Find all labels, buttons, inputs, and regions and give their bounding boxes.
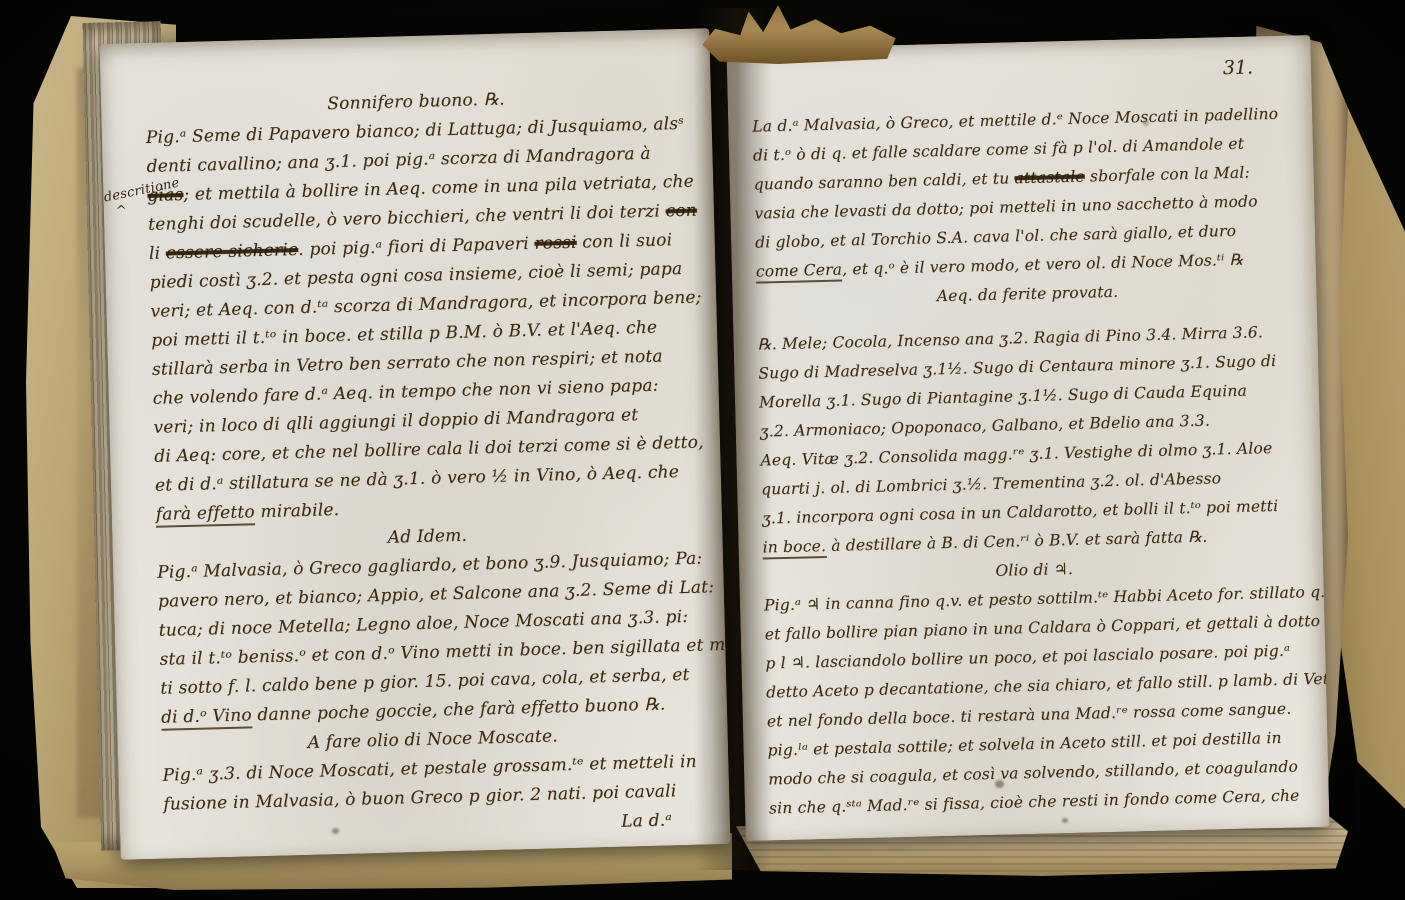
handwritten-text: Olio di ♃. xyxy=(995,560,1073,580)
underlined-text: farà effetto xyxy=(156,502,256,528)
handwritten-text: . poi pig.ᵃ fiori di Papaveri xyxy=(298,234,535,260)
handwritten-text: danne poche goccie, che farà effetto buo… xyxy=(252,695,666,726)
foxing-stain xyxy=(1143,120,1149,126)
handwritten-text: Ad Idem. xyxy=(387,526,467,548)
torn-spine-headband xyxy=(694,0,904,64)
handwritten-text: à destillare à B. di Cen.ʳⁱ ò B.V. et sa… xyxy=(826,528,1208,555)
manuscript-photo: Sonnifero buono. ℞.Pig.ᵃ Seme di Papaver… xyxy=(0,0,1405,900)
handwritten-text: Sonnifero buono. ℞. xyxy=(327,90,505,115)
left-page: Sonnifero buono. ℞.Pig.ᵃ Seme di Papaver… xyxy=(99,28,730,860)
foxing-stain xyxy=(1062,818,1068,823)
struck-out-text: rossi xyxy=(534,233,577,254)
struck-out-text: con xyxy=(665,201,697,222)
handwritten-text: Aeq. da ferite provata. xyxy=(937,283,1119,305)
insertion-caret: ^ xyxy=(116,203,127,218)
handwritten-text: con li suoi xyxy=(576,230,672,252)
underlined-text: di d.ᵒ Vino xyxy=(161,705,252,730)
handwritten-text: La d.ᵃ xyxy=(621,810,672,831)
underlined-text: in boce. xyxy=(762,537,826,560)
handwritten-text: mirabile. xyxy=(255,500,340,522)
handwritten-text: quando saranno ben caldi, et tu xyxy=(754,169,1015,193)
foxing-stain xyxy=(995,780,1004,788)
handwritten-text: , et q.ᵒ è il vero modo, et vero ol. di … xyxy=(842,251,1244,279)
right-page: 31. La d.ᵃ Malvasia, ò Greco, et mettile… xyxy=(726,35,1329,841)
left-page-text-block: Sonnifero buono. ℞.Pig.ᵃ Seme di Papaver… xyxy=(99,28,730,860)
right-page-text-block: La d.ᵃ Malvasia, ò Greco, et mettile d.ᵉ… xyxy=(726,35,1329,841)
handwritten-text: li xyxy=(149,243,166,263)
handwritten-text: A fare olio di Noce Moscate. xyxy=(307,726,558,753)
foxing-stain xyxy=(332,828,339,834)
struck-out-text: attastale xyxy=(1014,168,1085,188)
struck-out-text: essere sicherie xyxy=(166,240,299,263)
underlined-text: come Cera xyxy=(756,260,843,283)
handwritten-text: sborfale con la Mal: xyxy=(1085,164,1251,186)
